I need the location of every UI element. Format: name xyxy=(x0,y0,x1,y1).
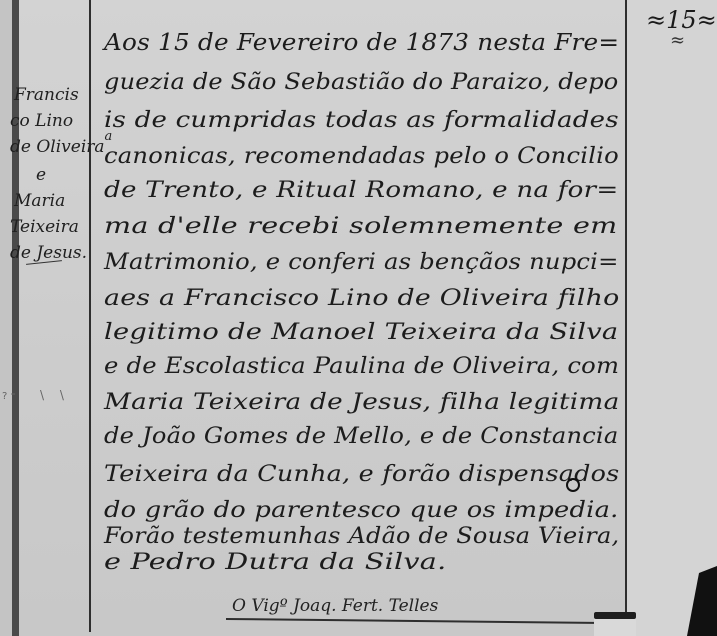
bottom-rule-line xyxy=(226,618,628,624)
record-line: legitimo de Manoel Teixeira da Silva xyxy=(104,320,618,345)
ink-blot-corner xyxy=(594,612,636,636)
record-line: e Pedro Dutra da Silva. xyxy=(104,550,446,575)
margin-note-line: Francis xyxy=(14,82,90,108)
margin-note-line: Teixeira xyxy=(10,214,90,240)
record-line: do grão do parentesco que os impedia. xyxy=(104,498,619,523)
record-line: de Trento, e Ritual Romano, e na for= xyxy=(104,178,618,203)
record-line: Matrimonio, e conferi as bençãos nupci= xyxy=(104,250,619,275)
left-pencil-ticks: \ \ xyxy=(40,388,70,402)
record-line: Teixeira da Cunha, e forão dispensados xyxy=(104,462,619,487)
margin-note-line: Maria xyxy=(14,188,90,214)
ink-blot xyxy=(566,478,580,492)
folio-mark: ≈ xyxy=(670,30,685,51)
margin-note-line: de Oliveiraa xyxy=(10,134,90,162)
record-line: guezia de São Sebastião do Paraizo, depo xyxy=(104,70,618,95)
record-line: Forão testemunhas Adão de Sousa Vieira, xyxy=(104,524,619,549)
margin-note-line: e xyxy=(36,162,90,188)
right-rule-line xyxy=(625,0,627,612)
priest-signature: O Vigº Joaq. Fert. Telles xyxy=(232,596,438,616)
margin-note-names: Francis co Lino de Oliveiraa e Maria Tei… xyxy=(14,82,90,266)
record-line: Maria Teixeira de Jesus, filha legitima xyxy=(104,390,620,415)
right-margin-area xyxy=(627,0,717,636)
record-line: Aos 15 de Fevereiro de 1873 nesta Fre= xyxy=(104,30,619,56)
record-line: de João Gomes de Mello, e de Constancia xyxy=(104,424,618,449)
record-line: is de cumpridas todas as formalidades xyxy=(104,108,619,133)
left-page-edge xyxy=(0,0,12,636)
document-page: ? ⁼ \ \ Francis co Lino de Oliveiraa e M… xyxy=(0,0,717,636)
left-edge-marks: ? ⁼ xyxy=(2,391,16,402)
record-line: aes a Francisco Lino de Oliveira filho xyxy=(104,286,619,311)
record-line: canonicas, recomendadas pelo o Concilio xyxy=(104,144,619,169)
record-line: ma d'elle recebi solemnemente em xyxy=(104,214,618,239)
record-line: e de Escolastica Paulina de Oliveira, co… xyxy=(104,354,619,379)
margin-note-line: co Lino xyxy=(10,108,90,134)
